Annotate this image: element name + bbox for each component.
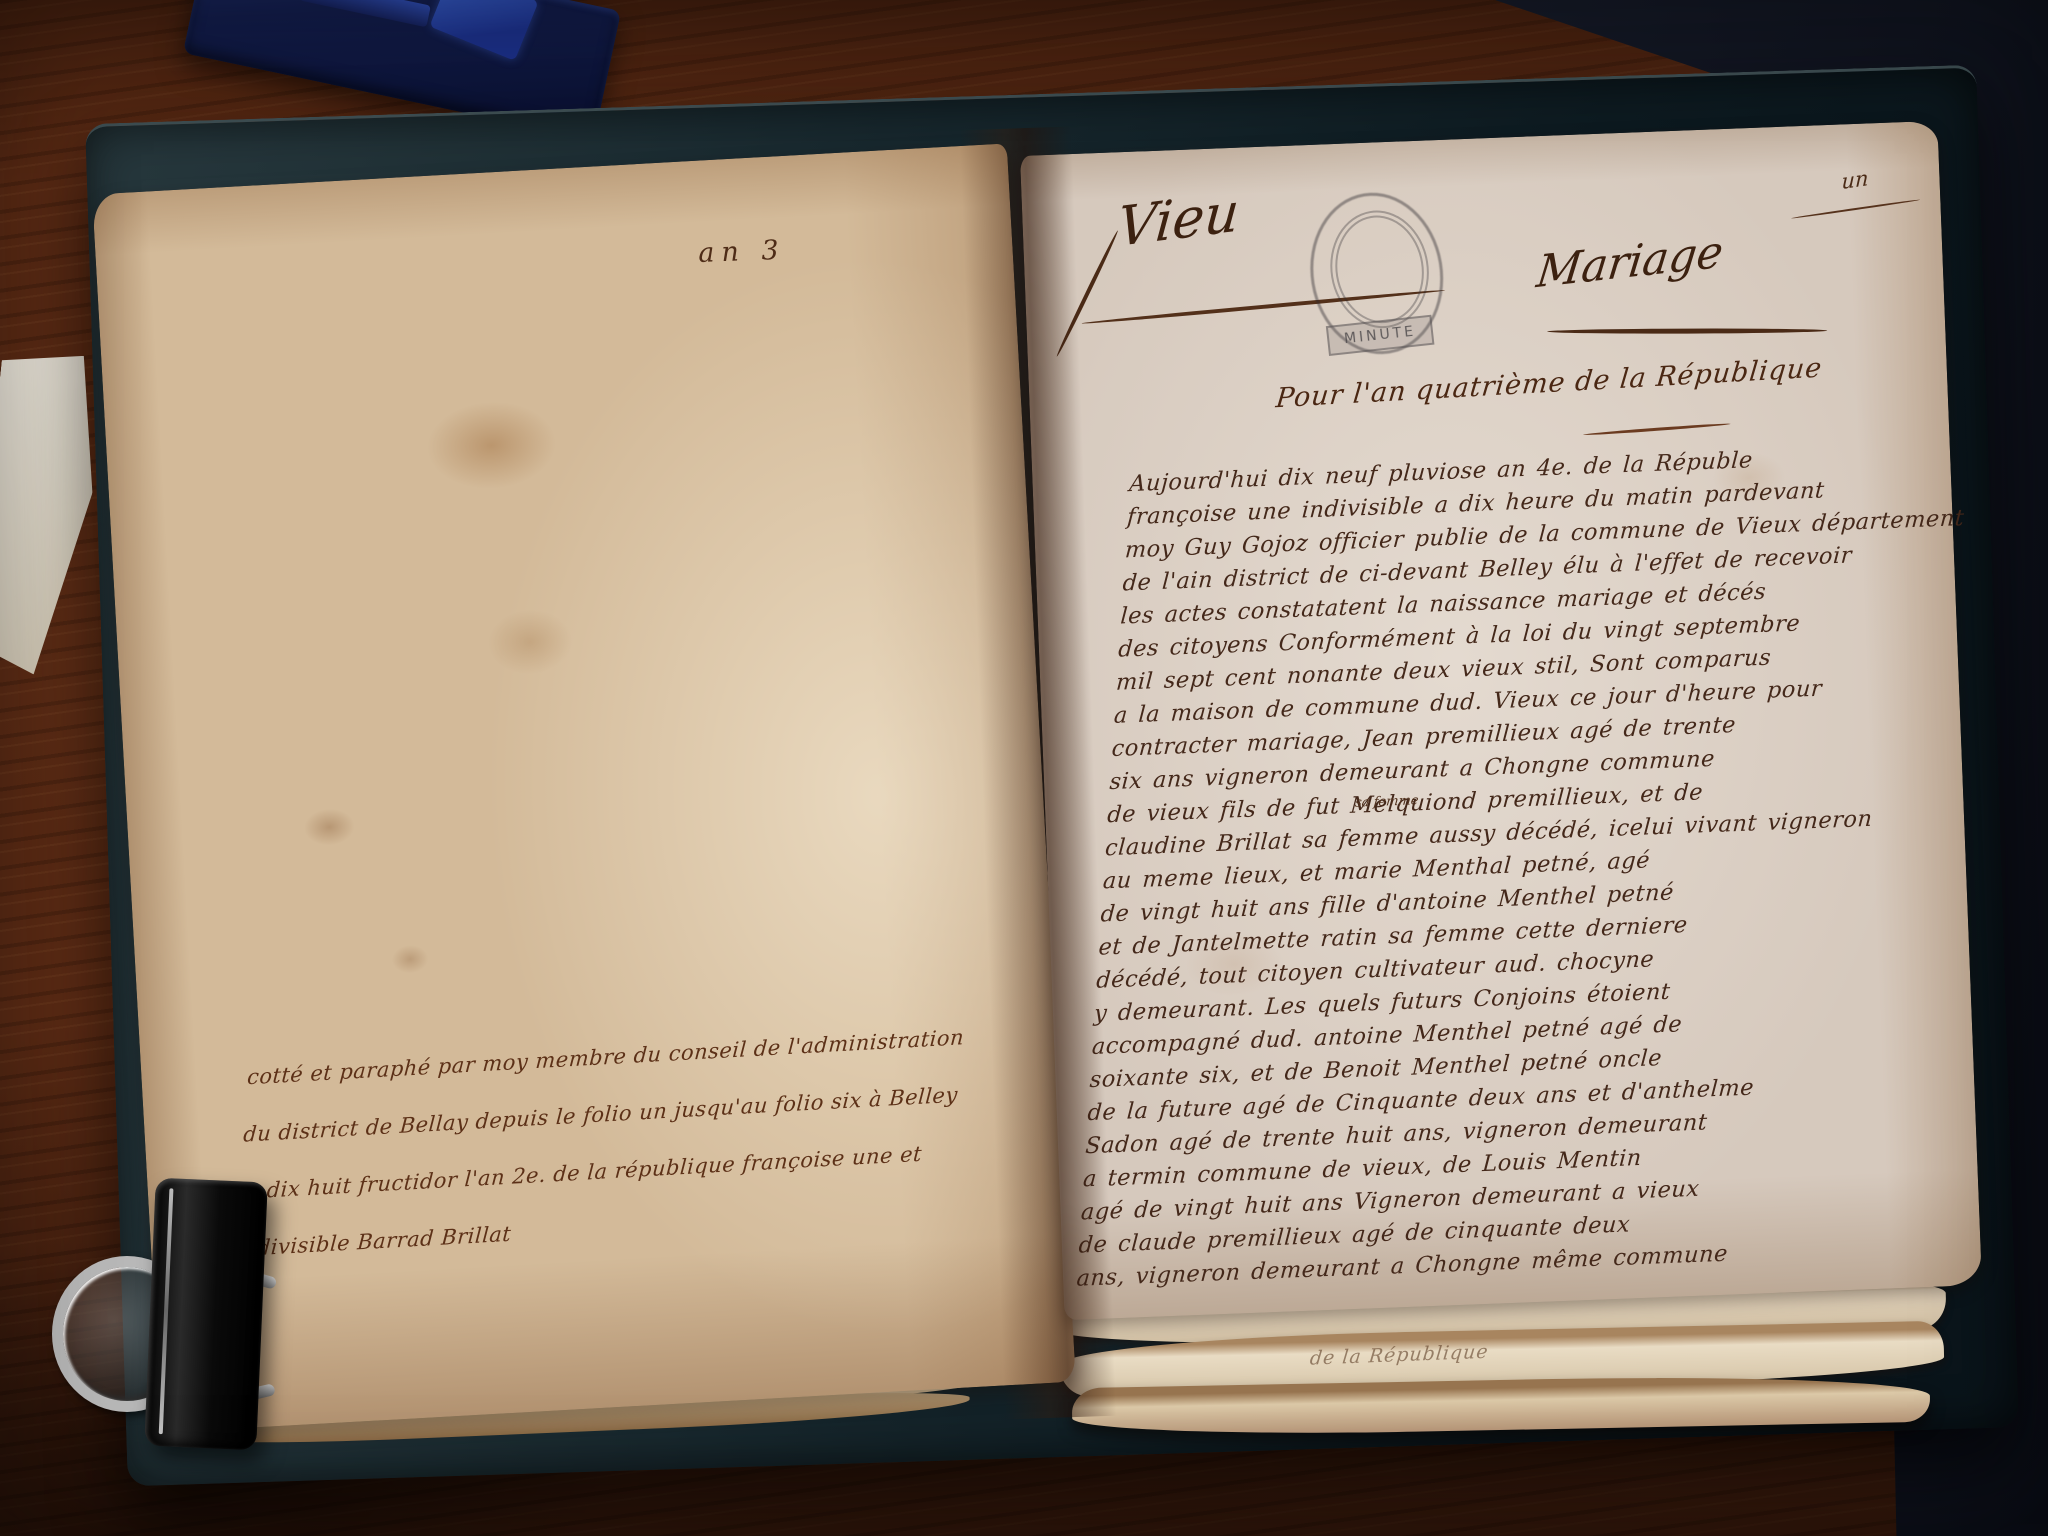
white-paper-scrap xyxy=(0,347,107,678)
interline-note: sa femme xyxy=(1354,793,1419,811)
manuscript-body: Aujourd'hui dix neuf pluviose an 4e. de … xyxy=(1075,437,1949,1296)
ink-flourish xyxy=(1547,328,1827,334)
corner-page-mark: un xyxy=(1841,166,1869,194)
archival-note: cotté et paraphé par moy membre du conse… xyxy=(234,1002,1096,1279)
ink-flourish xyxy=(1791,199,1920,220)
binder-clip xyxy=(144,1178,268,1451)
right-page: Vieu MINUTE Mariage un Pour l'an quatriè… xyxy=(1020,121,1982,1320)
header-place-script: Vieu xyxy=(1115,180,1241,259)
photo-of-open-manuscript-book: { "photo": { "left_page": { "folio_mark"… xyxy=(0,0,2048,1536)
folio-annotation: an 3 xyxy=(698,235,786,269)
subtitle-line: Pour l'an quatrième de la République xyxy=(1228,350,1870,417)
revenue-stamp: MINUTE xyxy=(1308,190,1446,359)
binder-clip-highlight xyxy=(159,1188,174,1434)
header-mariage-script: Mariage xyxy=(1534,226,1726,298)
underpage-text-fragment: de la République xyxy=(1309,1341,1490,1370)
ink-flourish xyxy=(1583,422,1731,436)
ink-flourish xyxy=(1055,230,1120,358)
